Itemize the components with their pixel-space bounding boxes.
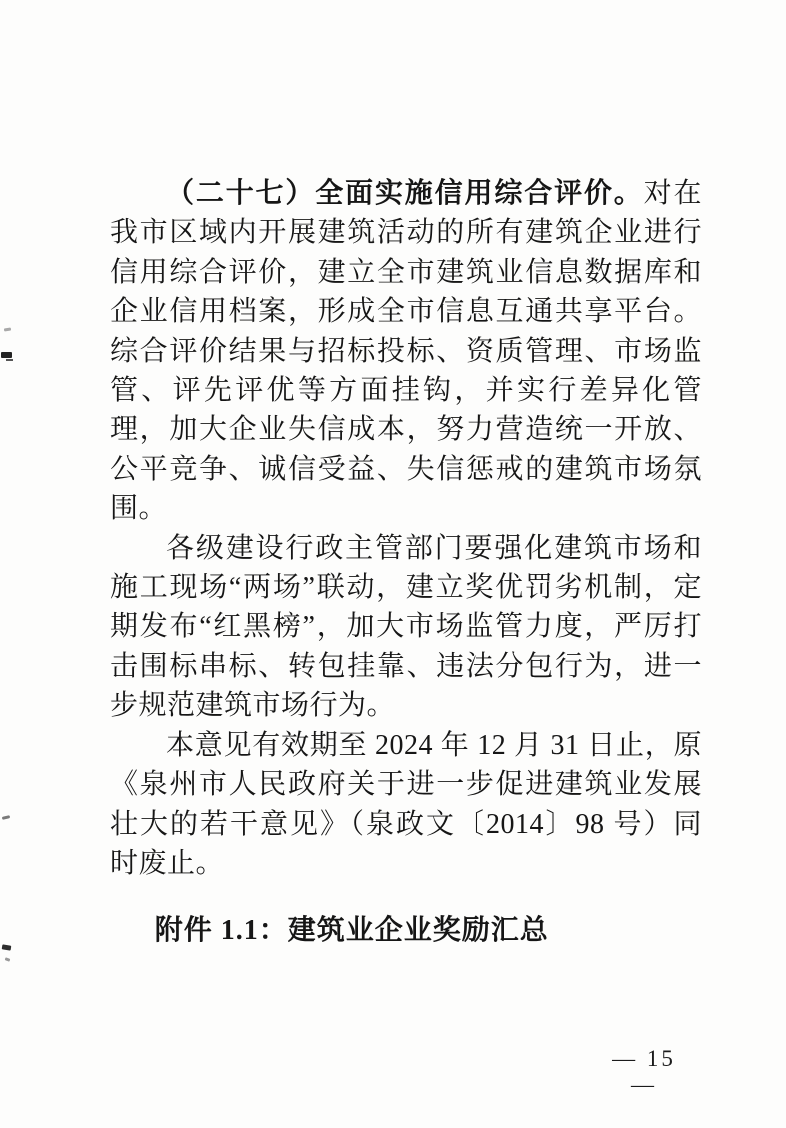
scan-artifact bbox=[2, 944, 12, 950]
document-body: （二十七）全面实施信用综合评价。对在我市区域内开展建筑活动的所有建筑企业进行信用… bbox=[110, 174, 702, 951]
scan-artifact bbox=[2, 815, 10, 820]
page-number: — 15 — bbox=[596, 1046, 692, 1098]
attachment-line: 附件 1.1：建筑业企业奖励汇总 bbox=[110, 911, 702, 950]
document-page: （二十七）全面实施信用综合评价。对在我市区域内开展建筑活动的所有建筑企业进行信用… bbox=[0, 0, 786, 1128]
scan-artifact bbox=[4, 328, 11, 332]
section-heading: （二十七）全面实施信用综合评价。 bbox=[166, 178, 644, 209]
paragraph-market-supervision: 各级建设行政主管部门要强化建筑市场和施工现场“两场”联动，建立奖优罚劣机制，定期… bbox=[110, 529, 702, 726]
paragraph-section-27: （二十七）全面实施信用综合评价。对在我市区域内开展建筑活动的所有建筑企业进行信用… bbox=[110, 174, 702, 529]
paragraph-text: 对在我市区域内开展建筑活动的所有建筑企业进行信用综合评价，建立全市建筑业信息数据… bbox=[110, 178, 702, 524]
scan-artifact bbox=[5, 957, 11, 962]
scan-artifact bbox=[1, 352, 12, 358]
paragraph-validity-period: 本意见有效期至 2024 年 12 月 31 日止，原《泉州市人民政府关于进一步… bbox=[110, 726, 702, 884]
